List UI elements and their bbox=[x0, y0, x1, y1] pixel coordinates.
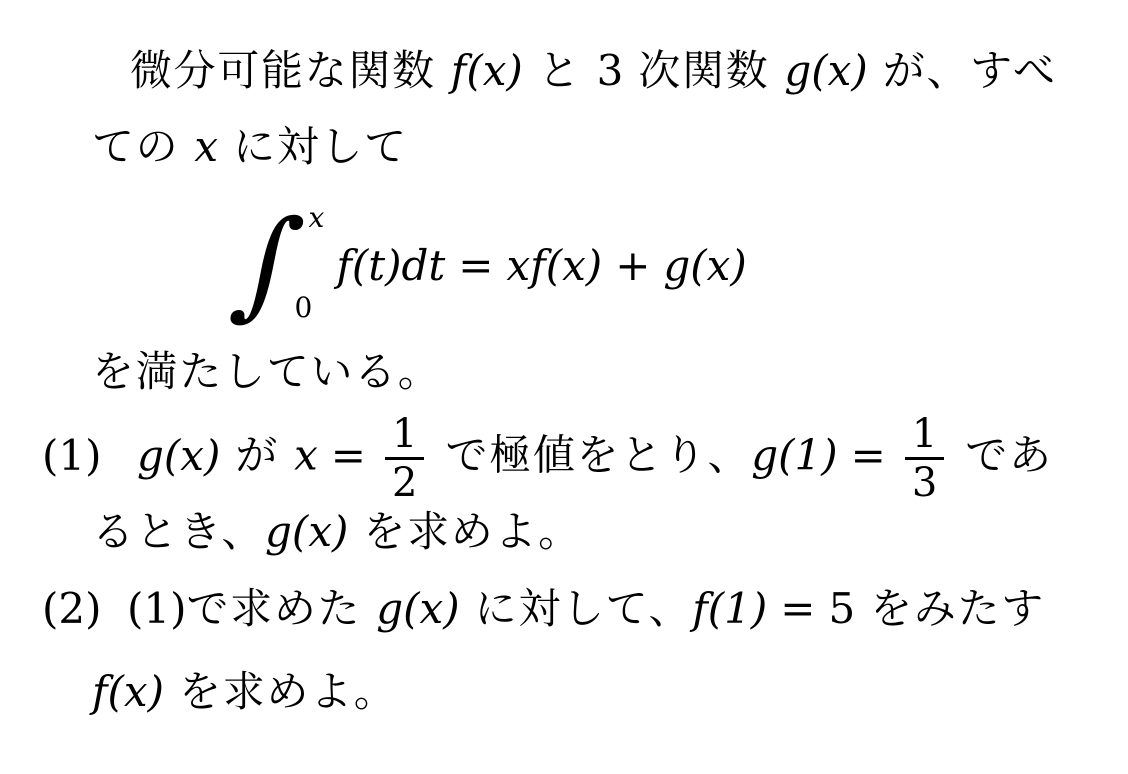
fraction-numerator: 1 bbox=[385, 412, 424, 456]
intro-line-3: を満たしている。 bbox=[92, 343, 441, 401]
intro-text-5: ての bbox=[92, 122, 194, 171]
item-1-text-5: を求めよ。 bbox=[348, 507, 581, 556]
item-1-text-4: るとき、 bbox=[92, 507, 265, 556]
intro-line-1: 微分可能な関数 f(x) と 3 次関数 g(x) が、すべ bbox=[130, 42, 1057, 100]
integrand: f(t)dt bbox=[336, 241, 445, 290]
equals-sign: = bbox=[780, 584, 815, 633]
item-1-text-2: で極値をとり、 bbox=[430, 431, 751, 480]
math-x: x bbox=[194, 122, 218, 171]
intro-text-7: を満たしている。 bbox=[92, 347, 441, 396]
integral-lower-limit: 0 bbox=[294, 294, 312, 322]
rhs-term-1: xf(x) bbox=[506, 241, 602, 290]
math-g-of-x: g(x) bbox=[137, 431, 220, 480]
intro-line-2: ての x に対して bbox=[92, 118, 408, 176]
fraction-denominator: 3 bbox=[905, 461, 944, 505]
math-g-of-1: g(1) bbox=[751, 431, 837, 480]
item-2-line-2: f(x) を求めよ。 bbox=[92, 663, 397, 721]
item-1-line-1: (1)g(x) が x=12 で極値をとり、g(1)=13 であ bbox=[42, 412, 1053, 505]
math-g-of-x: g(x) bbox=[265, 507, 348, 556]
intro-text-3: 次関数 bbox=[623, 46, 784, 95]
display-equation: ∫x0f(t)dt=xf(x)+g(x) bbox=[237, 198, 747, 332]
integral-group: ∫x0 bbox=[237, 204, 318, 326]
plus-sign: + bbox=[615, 241, 650, 290]
math-f-of-x: f(x) bbox=[92, 667, 164, 716]
rhs-term-2: g(x) bbox=[663, 241, 746, 290]
math-problem-page: 微分可能な関数 f(x) と 3 次関数 g(x) が、すべ ての x に対して… bbox=[0, 0, 1128, 774]
item-2-text-4: を求めよ。 bbox=[164, 667, 397, 716]
item-1-line-2: るとき、g(x) を求めよ。 bbox=[92, 503, 582, 561]
item-2-line-1: (2)(1)で求めた g(x) に対して、f(1)=5 をみたす bbox=[42, 580, 1045, 638]
intro-text-4: が、すべ bbox=[868, 46, 1057, 95]
number-5: 5 bbox=[828, 584, 855, 633]
intro-text-6: に対して bbox=[218, 122, 408, 171]
fraction-denominator: 2 bbox=[385, 461, 424, 505]
item-1-text-1: が bbox=[220, 431, 294, 480]
number-3: 3 bbox=[597, 46, 624, 95]
item-2-label: (2) bbox=[42, 580, 127, 638]
item-1-text-3: であ bbox=[950, 431, 1052, 480]
item-2-text-1: で求めた bbox=[187, 584, 377, 633]
math-g-of-x: g(x) bbox=[376, 584, 459, 633]
intro-text-1: 微分可能な関数 bbox=[130, 46, 451, 95]
math-f-of-x: f(x) bbox=[451, 46, 523, 95]
fraction-one-third: 13 bbox=[905, 412, 944, 505]
fraction-numerator: 1 bbox=[905, 412, 944, 456]
math-g-of-x: g(x) bbox=[784, 46, 867, 95]
intro-text-2: と bbox=[523, 46, 597, 95]
item-1-reference: (1) bbox=[127, 584, 187, 633]
equals-sign: = bbox=[331, 431, 366, 480]
integral-upper-limit: x bbox=[308, 204, 326, 232]
item-1-label: (1) bbox=[42, 427, 127, 485]
item-2-text-3: をみたす bbox=[855, 584, 1045, 633]
equals-sign: = bbox=[851, 431, 886, 480]
fraction-one-half: 12 bbox=[385, 412, 424, 505]
item-2-text-2: に対して、 bbox=[460, 584, 693, 633]
math-x: x bbox=[294, 431, 318, 480]
equals-sign: = bbox=[458, 241, 493, 290]
math-f-of-1: f(1) bbox=[692, 584, 767, 633]
